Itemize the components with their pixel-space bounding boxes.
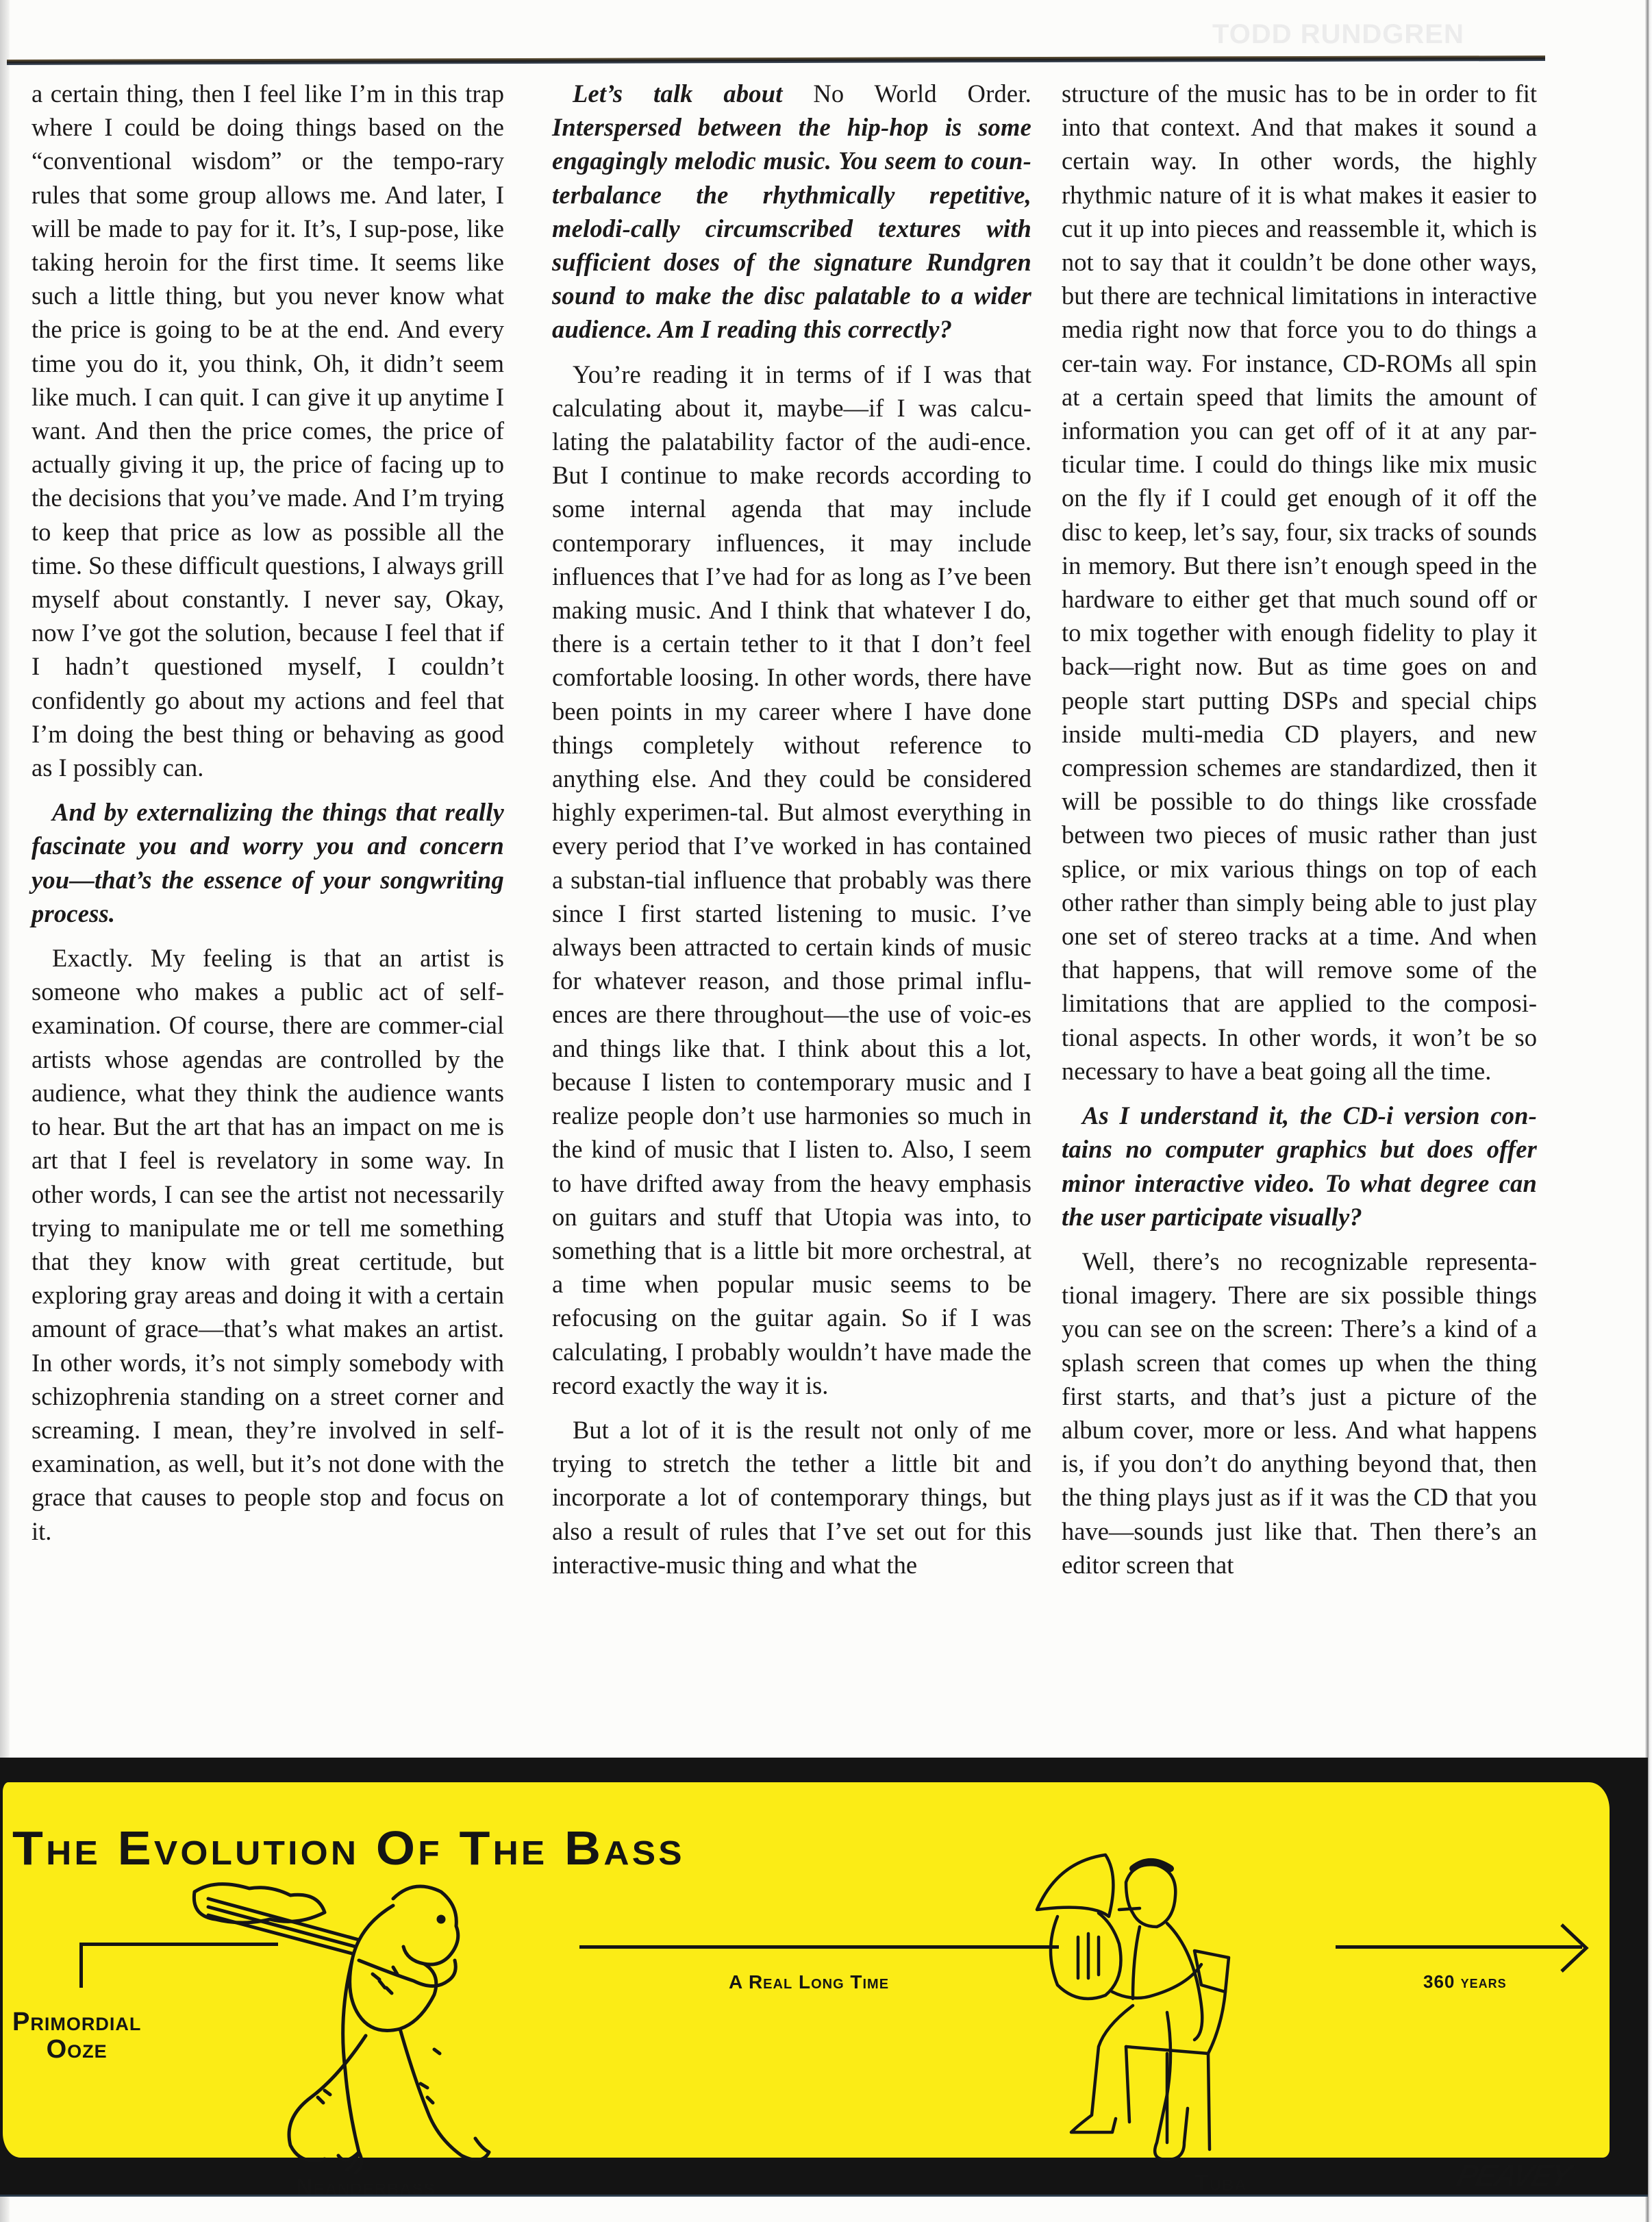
label-neanderbass: Neanderbass bbox=[296, 2174, 436, 2201]
timeline-segment bbox=[1336, 1945, 1582, 1949]
brand-name: PEAVEY bbox=[1454, 2159, 1573, 2193]
label-a-real-long-time: A Real Long Time bbox=[729, 1971, 889, 1993]
ad-yellow-panel: The Evolution Of The Bass Primordial Ooz… bbox=[3, 1782, 1610, 2158]
label-tuba: Tuba bbox=[1194, 2170, 1247, 2197]
label-line: Primordial bbox=[12, 2008, 141, 2036]
registered-mark: ® bbox=[1569, 2166, 1579, 2177]
interview-question: As I understand it, the CD-i version con… bbox=[1062, 1099, 1537, 1234]
column-3: structure of the music has to be in orde… bbox=[1062, 77, 1537, 1593]
peavey-logo[interactable]: PEAVEY® bbox=[1454, 2159, 1580, 2193]
answer-paragraph: Exactly. My feeling is that an artist is… bbox=[32, 941, 504, 1548]
column-2: Let’s talk about No World Order. Intersp… bbox=[552, 77, 1031, 1593]
answer-paragraph: a certain thing, then I feel like I’m in… bbox=[32, 77, 504, 784]
answer-paragraph: But a lot of it is the result not only o… bbox=[552, 1413, 1031, 1582]
answer-paragraph: Well, there’s no recognizable representa… bbox=[1062, 1245, 1537, 1582]
peavey-advertisement[interactable]: The Evolution Of The Bass Primordial Ooz… bbox=[0, 1758, 1648, 2197]
running-header-showthrough: TODD RUNDGREN bbox=[1212, 19, 1464, 50]
article-body: a certain thing, then I feel like I’m in… bbox=[32, 77, 1538, 1686]
answer-paragraph: structure of the music has to be in orde… bbox=[1062, 77, 1537, 1088]
album-title: No World Order. bbox=[813, 79, 1031, 108]
timeline-start-tick bbox=[79, 1944, 83, 1988]
interview-question: Let’s talk about No World Order. Intersp… bbox=[552, 77, 1031, 347]
timeline-segment bbox=[579, 1945, 1059, 1949]
question-lead: Let’s talk about bbox=[573, 79, 783, 108]
neanderbass-illustration bbox=[188, 1878, 571, 2193]
label-primordial-ooze: Primordial Ooze bbox=[12, 2008, 141, 2063]
answer-paragraph: You’re reading it in terms of if I was t… bbox=[552, 358, 1031, 1402]
top-rule bbox=[7, 55, 1545, 65]
ad-headline: The Evolution Of The Bass bbox=[12, 1821, 685, 1875]
label-360-years: 360 years bbox=[1423, 1971, 1507, 1993]
interview-question: And by externalizing the things that rea… bbox=[32, 795, 504, 930]
column-1: a certain thing, then I feel like I’m in… bbox=[32, 77, 504, 1559]
question-text: Interspersed between the hip-hop is some… bbox=[552, 113, 1031, 343]
label-line: Ooze bbox=[12, 2036, 141, 2063]
arrow-head-icon bbox=[1557, 1922, 1592, 1973]
tuba-player-illustration bbox=[1030, 1848, 1277, 2170]
